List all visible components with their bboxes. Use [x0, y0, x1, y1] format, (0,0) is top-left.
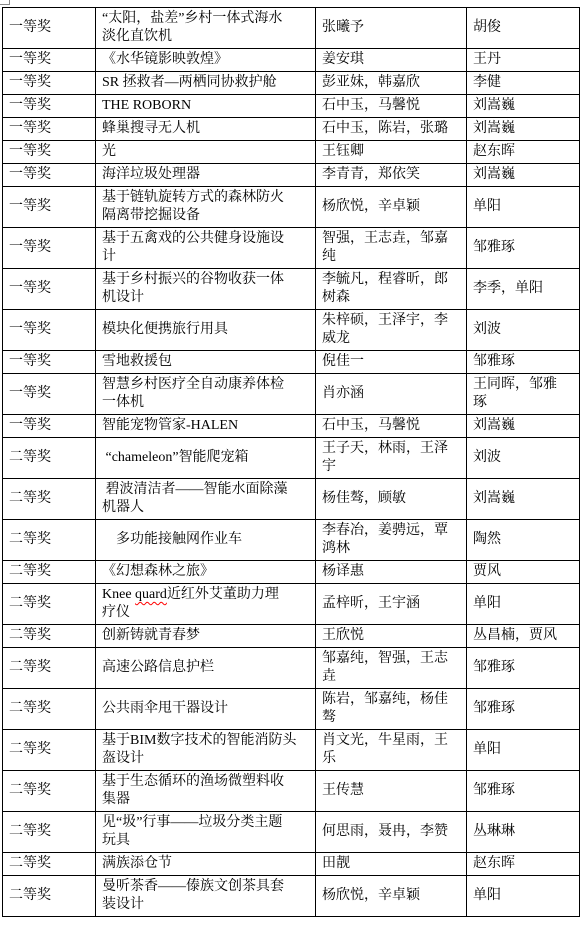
table-row: 二等奖 碧波清洁者——智能水面除藻 机器人杨佳骜，顾敏刘嵩巍	[3, 479, 580, 520]
advisor-cell[interactable]: 邹雅琢	[467, 228, 580, 269]
members-cell[interactable]: 王钰卿	[316, 141, 467, 164]
table-row: 一等奖基于五禽戏的公共健身设施设 计智强，王志垚，邹嘉 纯邹雅琢	[3, 228, 580, 269]
table-row: 一等奖THE ROBORN石中玉，马馨悦刘嵩巍	[3, 95, 580, 118]
project-cell[interactable]: 模块化便携旅行用具	[96, 310, 316, 351]
advisor-cell[interactable]: 陶然	[467, 520, 580, 561]
members-cell[interactable]: 石中玉，马馨悦	[316, 415, 467, 438]
award-cell[interactable]: 二等奖	[3, 730, 96, 771]
members-cell[interactable]: 王子天，林雨，王泽 宇	[316, 438, 467, 479]
table-row: 一等奖海洋垃圾处理器李青青，郑依笑刘嵩巍	[3, 164, 580, 187]
table-row: 一等奖雪地救援包倪佳一邹雅琢	[3, 351, 580, 374]
members-cell[interactable]: 杨欣悦，辛卓颖	[316, 187, 467, 228]
table-row: 二等奖Knee quard近红外艾董助力理 疗仪孟梓昕，王宇涵单阳	[3, 584, 580, 625]
members-cell[interactable]: 陈岩，邹嘉纯，杨佳 骜	[316, 689, 467, 730]
project-cell[interactable]: 光	[96, 141, 316, 164]
table-row: 一等奖模块化便携旅行用具朱梓硕，王泽宇，李 威龙刘波	[3, 310, 580, 351]
members-cell[interactable]: 石中玉，陈岩，张璐	[316, 118, 467, 141]
advisor-cell[interactable]: 邹雅琢	[467, 648, 580, 689]
members-cell[interactable]: 李春冶，姜骋远，覃 鸿林	[316, 520, 467, 561]
members-cell[interactable]: 姜安琪	[316, 49, 467, 72]
table-row: 二等奖基于BIM数字技术的智能消防头 盔设计肖文光，牛星雨，王 乐单阳	[3, 730, 580, 771]
award-cell[interactable]: 一等奖	[3, 351, 96, 374]
project-cell[interactable]: 基于BIM数字技术的智能消防头 盔设计	[96, 730, 316, 771]
table-row: 二等奖基于生态循环的渔场微塑料收 集器王传慧邹雅琢	[3, 771, 580, 812]
members-cell[interactable]: 田靓	[316, 853, 467, 876]
members-cell[interactable]: 王传慧	[316, 771, 467, 812]
project-cell[interactable]: 智能宠物管家-HALEN	[96, 415, 316, 438]
table-row: 二等奖 多功能接触网作业车李春冶，姜骋远，覃 鸿林陶然	[3, 520, 580, 561]
project-cell[interactable]: 基于乡村振兴的谷物收获一体 机设计	[96, 269, 316, 310]
advisor-cell[interactable]: 丛琳琳	[467, 812, 580, 853]
members-cell[interactable]: 张曦予	[316, 8, 467, 49]
table-row: 一等奖智能宠物管家-HALEN石中玉，马馨悦刘嵩巍	[3, 415, 580, 438]
advisor-cell[interactable]: 李健	[467, 72, 580, 95]
project-cell[interactable]: 基于链轨旋转方式的森林防火 隔离带挖掘设备	[96, 187, 316, 228]
advisor-cell[interactable]: 邹雅琢	[467, 771, 580, 812]
award-cell[interactable]: 二等奖	[3, 876, 96, 917]
members-cell[interactable]: 肖文光，牛星雨，王 乐	[316, 730, 467, 771]
advisor-cell[interactable]: 刘波	[467, 438, 580, 479]
award-cell[interactable]: 一等奖	[3, 310, 96, 351]
project-cell[interactable]: 《水华镜影映敦煌》	[96, 49, 316, 72]
advisor-cell[interactable]: 刘嵩巍	[467, 95, 580, 118]
advisor-cell[interactable]: 贾风	[467, 561, 580, 584]
members-cell[interactable]: 肖亦涵	[316, 374, 467, 415]
members-cell[interactable]: 杨欣悦，辛卓颖	[316, 876, 467, 917]
project-cell[interactable]: 碧波清洁者——智能水面除藻 机器人	[96, 479, 316, 520]
table-row: 一等奖基于乡村振兴的谷物收获一体 机设计李毓凡，程睿昕，郎 树森李季，单阳	[3, 269, 580, 310]
project-cell[interactable]: 见“圾”行事——垃圾分类主题 玩具	[96, 812, 316, 853]
project-cell[interactable]: 智慧乡村医疗全自动康养体检 一体机	[96, 374, 316, 415]
award-cell[interactable]: 二等奖	[3, 771, 96, 812]
table-row: 二等奖见“圾”行事——垃圾分类主题 玩具何思雨，聂冉，李赞丛琳琳	[3, 812, 580, 853]
table-row: 二等奖满族添仓节田靓赵东晖	[3, 853, 580, 876]
members-cell[interactable]: 李青青，郑依笑	[316, 164, 467, 187]
advisor-cell[interactable]: 刘嵩巍	[467, 479, 580, 520]
members-cell[interactable]: 倪佳一	[316, 351, 467, 374]
table-row: 二等奖公共雨伞甩干器设计陈岩，邹嘉纯，杨佳 骜邹雅琢	[3, 689, 580, 730]
members-cell[interactable]: 孟梓昕，王宇涵	[316, 584, 467, 625]
advisor-cell[interactable]: 单阳	[467, 584, 580, 625]
advisor-cell[interactable]: 刘嵩巍	[467, 118, 580, 141]
award-cell[interactable]: 一等奖	[3, 95, 96, 118]
members-cell[interactable]: 杨译惠	[316, 561, 467, 584]
members-cell[interactable]: 何思雨，聂冉，李赞	[316, 812, 467, 853]
table-row: 一等奖光王钰卿赵东晖	[3, 141, 580, 164]
members-cell[interactable]: 李毓凡，程睿昕，郎 树森	[316, 269, 467, 310]
award-table-body: 一等奖“太阳，盐差”乡村一体式海水 淡化直饮机张曦予胡俊一等奖《水华镜影映敦煌》…	[3, 8, 580, 917]
award-cell[interactable]: 一等奖	[3, 228, 96, 269]
project-cell[interactable]: 基于生态循环的渔场微塑料收 集器	[96, 771, 316, 812]
table-row: 一等奖SR 拯救者—两栖同协救护舱彭亚妹，韩嘉欣李健	[3, 72, 580, 95]
advisor-cell[interactable]: 邹雅琢	[467, 689, 580, 730]
table-row: 一等奖智慧乡村医疗全自动康养体检 一体机肖亦涵王同晖，邹雅 琢	[3, 374, 580, 415]
table-row: 一等奖《水华镜影映敦煌》姜安琪王丹	[3, 49, 580, 72]
project-cell[interactable]: 曼听茶香——傣族文创茶具套 装设计	[96, 876, 316, 917]
project-cell[interactable]: 基于五禽戏的公共健身设施设 计	[96, 228, 316, 269]
award-cell[interactable]: 二等奖	[3, 520, 96, 561]
award-cell[interactable]: 一等奖	[3, 72, 96, 95]
advisor-cell[interactable]: 李季，单阳	[467, 269, 580, 310]
members-cell[interactable]: 杨佳骜，顾敏	[316, 479, 467, 520]
advisor-cell[interactable]: 赵东晖	[467, 141, 580, 164]
award-cell[interactable]: 一等奖	[3, 415, 96, 438]
advisor-cell[interactable]: 刘波	[467, 310, 580, 351]
table-row: 一等奖“太阳，盐差”乡村一体式海水 淡化直饮机张曦予胡俊	[3, 8, 580, 49]
members-cell[interactable]: 王欣悦	[316, 625, 467, 648]
award-cell[interactable]: 二等奖	[3, 648, 96, 689]
advisor-cell[interactable]: 王同晖，邹雅 琢	[467, 374, 580, 415]
project-cell[interactable]: 海洋垃圾处理器	[96, 164, 316, 187]
table-move-handle-fragment	[0, 0, 10, 5]
advisor-cell[interactable]: 刘嵩巍	[467, 415, 580, 438]
members-cell[interactable]: 彭亚妹，韩嘉欣	[316, 72, 467, 95]
advisor-cell[interactable]: 单阳	[467, 876, 580, 917]
members-cell[interactable]: 朱梓硕，王泽宇，李 威龙	[316, 310, 467, 351]
award-cell[interactable]: 二等奖	[3, 812, 96, 853]
award-cell[interactable]: 一等奖	[3, 49, 96, 72]
project-cell[interactable]: 创新铸就青春梦	[96, 625, 316, 648]
project-cell[interactable]: 公共雨伞甩干器设计	[96, 689, 316, 730]
project-cell[interactable]: 蜂巢搜寻无人机	[96, 118, 316, 141]
award-cell[interactable]: 一等奖	[3, 187, 96, 228]
award-cell[interactable]: 二等奖	[3, 853, 96, 876]
table-row: 二等奖《幻想森林之旅》杨译惠贾风	[3, 561, 580, 584]
award-cell[interactable]: 二等奖	[3, 584, 96, 625]
award-cell[interactable]: 二等奖	[3, 438, 96, 479]
project-cell[interactable]: 《幻想森林之旅》	[96, 561, 316, 584]
project-cell[interactable]: Knee quard近红外艾董助力理 疗仪	[96, 584, 316, 625]
award-cell[interactable]: 二等奖	[3, 625, 96, 648]
members-cell[interactable]: 智强，王志垚，邹嘉 纯	[316, 228, 467, 269]
advisor-cell[interactable]: 王丹	[467, 49, 580, 72]
advisor-cell[interactable]: 刘嵩巍	[467, 164, 580, 187]
spellcheck-underlined-word: quard	[135, 587, 167, 602]
award-cell[interactable]: 一等奖	[3, 118, 96, 141]
project-cell[interactable]: 满族添仓节	[96, 853, 316, 876]
advisor-cell[interactable]: 邹雅琢	[467, 351, 580, 374]
award-cell[interactable]: 一等奖	[3, 164, 96, 187]
table-row: 二等奖高速公路信息护栏邹嘉纯，智强，王志 垚邹雅琢	[3, 648, 580, 689]
advisor-cell[interactable]: 单阳	[467, 187, 580, 228]
advisor-cell[interactable]: 赵东晖	[467, 853, 580, 876]
project-cell[interactable]: THE ROBORN	[96, 95, 316, 118]
advisor-cell[interactable]: 丛昌楠，贾风	[467, 625, 580, 648]
project-cell[interactable]: SR 拯救者—两栖同协救护舱	[96, 72, 316, 95]
award-list-table: 一等奖“太阳，盐差”乡村一体式海水 淡化直饮机张曦予胡俊一等奖《水华镜影映敦煌》…	[2, 7, 580, 917]
table-row: 一等奖基于链轨旋转方式的森林防火 隔离带挖掘设备杨欣悦，辛卓颖单阳	[3, 187, 580, 228]
table-row: 二等奖 “chameleon”智能爬宠箱王子天，林雨，王泽 宇刘波	[3, 438, 580, 479]
table-row: 二等奖创新铸就青春梦王欣悦丛昌楠，贾风	[3, 625, 580, 648]
project-cell[interactable]: “chameleon”智能爬宠箱	[96, 438, 316, 479]
project-cell[interactable]: 雪地救援包	[96, 351, 316, 374]
advisor-cell[interactable]: 单阳	[467, 730, 580, 771]
award-cell[interactable]: 二等奖	[3, 689, 96, 730]
advisor-cell[interactable]: 胡俊	[467, 8, 580, 49]
project-cell[interactable]: 多功能接触网作业车	[96, 520, 316, 561]
members-cell[interactable]: 石中玉，马馨悦	[316, 95, 467, 118]
award-cell[interactable]: 一等奖	[3, 269, 96, 310]
project-cell[interactable]: 高速公路信息护栏	[96, 648, 316, 689]
award-cell[interactable]: 二等奖	[3, 479, 96, 520]
table-row: 一等奖蜂巢搜寻无人机石中玉，陈岩，张璐刘嵩巍	[3, 118, 580, 141]
award-cell[interactable]: 二等奖	[3, 561, 96, 584]
members-cell[interactable]: 邹嘉纯，智强，王志 垚	[316, 648, 467, 689]
project-cell[interactable]: “太阳，盐差”乡村一体式海水 淡化直饮机	[96, 8, 316, 49]
table-row: 二等奖曼听茶香——傣族文创茶具套 装设计杨欣悦，辛卓颖单阳	[3, 876, 580, 917]
award-cell[interactable]: 一等奖	[3, 374, 96, 415]
award-cell[interactable]: 一等奖	[3, 141, 96, 164]
award-cell[interactable]: 一等奖	[3, 8, 96, 49]
